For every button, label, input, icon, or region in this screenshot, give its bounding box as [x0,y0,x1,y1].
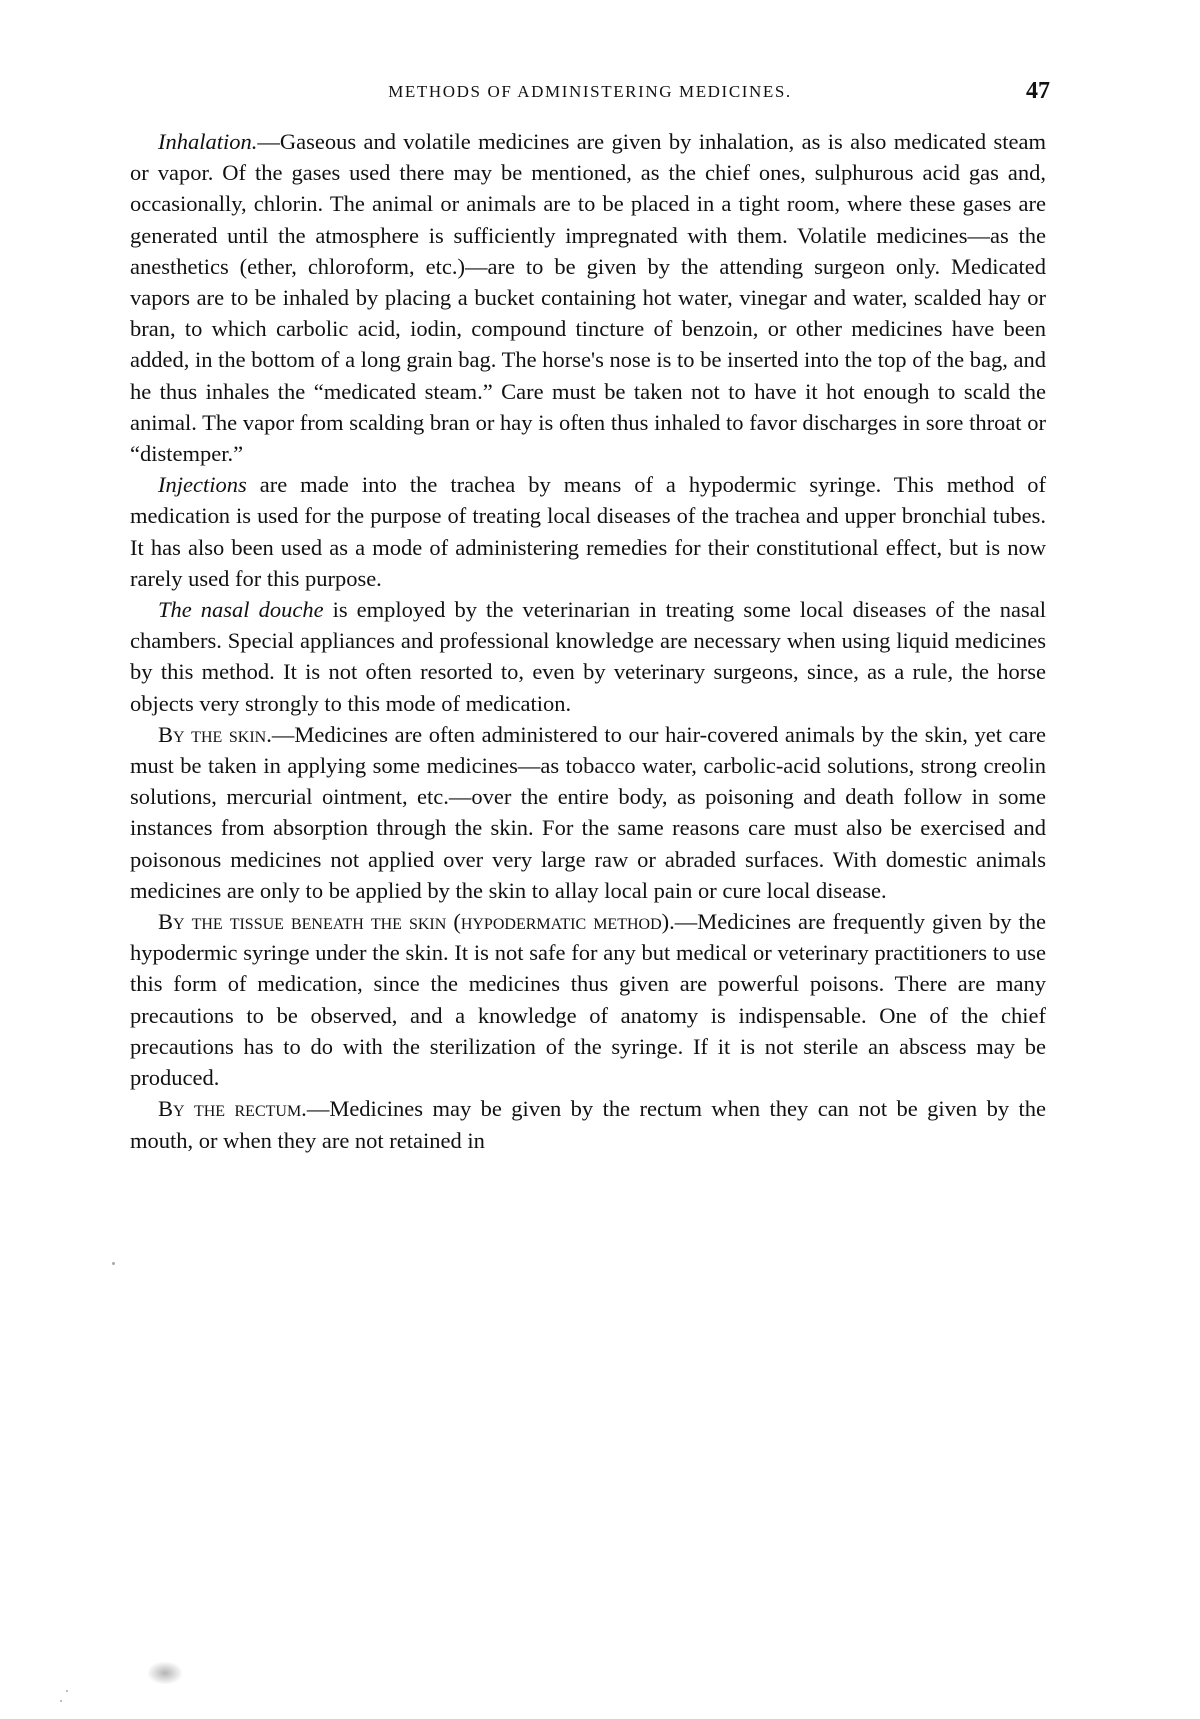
running-title: Methods of Administering Medicines. [130,82,1050,102]
page-number: 47 [1026,78,1050,105]
running-head: Methods of Administering Medicines. 47 [130,78,1050,108]
paragraph-by-the-skin: By the skin.—Medicines are often adminis… [130,719,1046,906]
paragraph-lead: The nasal douche [158,597,324,622]
paragraph-nasal-douche: The nasal douche is employed by the vete… [130,594,1046,719]
paragraph-text: are made into the trachea by means of a … [130,472,1046,591]
body-text: Inhalation.—Gaseous and volatile medicin… [130,126,1046,1156]
scan-speck [66,1690,68,1692]
paragraph-inhalation: Inhalation.—Gaseous and volatile medicin… [130,126,1046,469]
scan-speck [60,1700,62,1702]
paragraph-text: —Gaseous and volatile medicines are give… [130,129,1046,466]
paragraph-lead: Inhalation. [158,129,257,154]
paragraph-lead: Injections [158,472,247,497]
paragraph-text: —Medicines are often administered to our… [130,722,1046,903]
book-page: Methods of Administering Medicines. 47 I… [0,0,1200,1719]
paragraph-lead: By the rectum. [158,1096,307,1121]
paragraph-lead: By the tissue beneath the skin (hypoderm… [158,909,675,934]
paragraph-by-the-rectum: By the rectum.—Medicines may be given by… [130,1093,1046,1155]
paragraph-text: —Medicines are frequently given by the h… [130,909,1046,1090]
scan-smudge [148,1662,182,1684]
paragraph-lead: By the skin. [158,722,272,747]
paragraph-hypodermatic: By the tissue beneath the skin (hypoderm… [130,906,1046,1093]
scan-speck [112,1262,115,1265]
paragraph-injections: Injections are made into the trachea by … [130,469,1046,594]
